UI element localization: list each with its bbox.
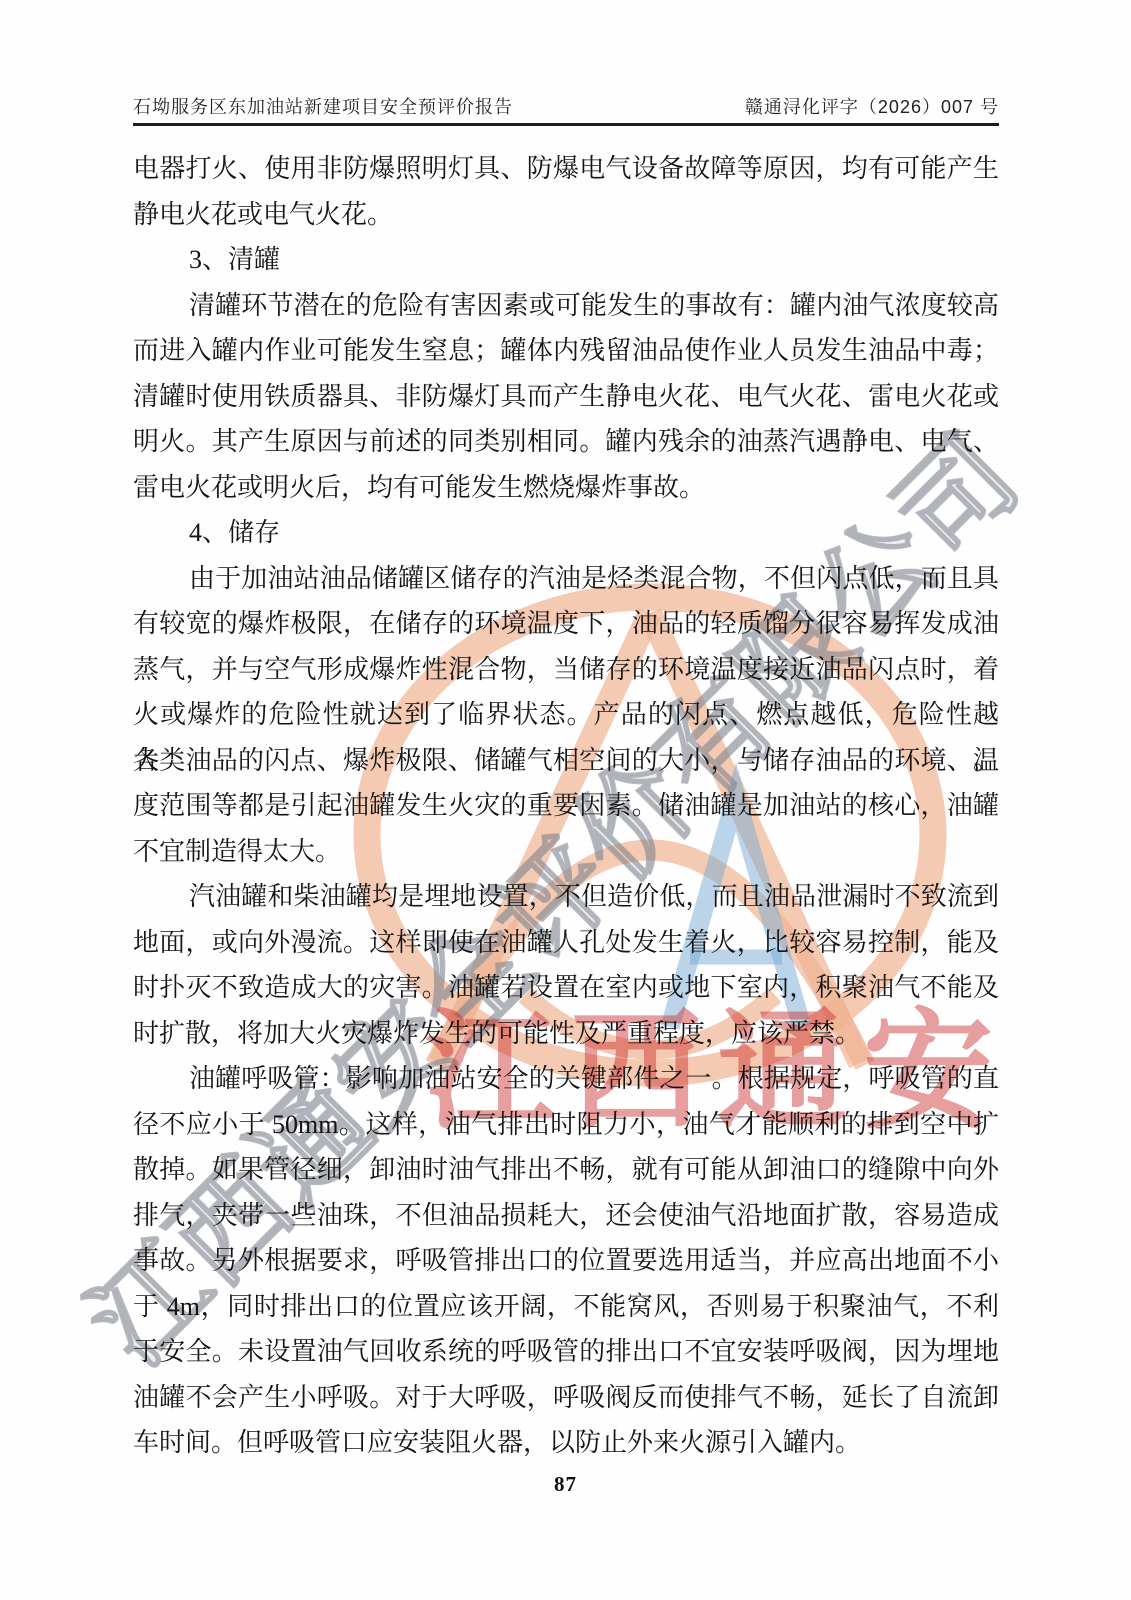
body-line: 时扑灭不致造成大的灾害。油罐若设置在室内或地下室内，积聚油气不能及 — [133, 965, 999, 1011]
body-line: 各类油品的闪点、爆炸极限、储罐气相空间的大小，与储存油品的环境、温 — [133, 738, 999, 784]
body-line: 油罐不会产生小呼吸。对于大呼吸，呼吸阀反而使排气不畅，延长了自流卸 — [133, 1375, 999, 1421]
body-line: 清罐环节潜在的危险有害因素或可能发生的事故有：罐内油气浓度较高 — [133, 283, 999, 329]
page-header: 石坳服务区东加油站新建项目安全预评价报告 赣通浔化评字（2026）007 号 — [133, 92, 999, 126]
body-line: 而进入罐内作业可能发生窒息；罐体内残留油品使作业人员发生油品中毒； — [133, 328, 999, 374]
body-line: 雷电火花或明火后，均有可能发生燃烧爆炸事故。 — [133, 465, 999, 511]
body-line: 度范围等都是引起油罐发生火灾的重要因素。储油罐是加油站的核心，油罐 — [133, 783, 999, 829]
body-line: 时扩散，将加大火灾爆炸发生的可能性及严重程度，应该严禁。 — [133, 1011, 999, 1057]
body-line: 于安全。未设置油气回收系统的呼吸管的排出口不宜安装呼吸阀，因为埋地 — [133, 1329, 999, 1375]
body-line: 火或爆炸的危险性就达到了临界状态。产品的闪点、燃点越低，危险性越大。 — [133, 692, 999, 738]
body-line: 3、清罐 — [133, 237, 999, 283]
body-line: 由于加油站油品储罐区储存的汽油是烃类混合物，不但闪点低，而且具 — [133, 556, 999, 602]
document-page: 江西通安全评价有限公司 江西通安 石坳服务区东加油站新建项目安全预评价报告 赣通… — [0, 0, 1131, 1600]
header-document-number: 赣通浔化评字（2026）007 号 — [745, 93, 999, 119]
body-line: 有较宽的爆炸极限，在储存的环境温度下，油品的轻质馏分很容易挥发成油 — [133, 601, 999, 647]
body-line: 4、储存 — [133, 510, 999, 556]
body-line: 清罐时使用铁质器具、非防爆灯具而产生静电火花、电气火花、雷电火花或 — [133, 374, 999, 420]
body-line: 事故。另外根据要求，呼吸管排出口的位置要选用适当，并应高出地面不小 — [133, 1238, 999, 1284]
body-line: 不宜制造得太大。 — [133, 829, 999, 875]
body-text: 电器打火、使用非防爆照明灯具、防爆电气设备故障等原因，均有可能产生静电火花或电气… — [133, 146, 999, 1466]
body-line: 车时间。但呼吸管口应安装阻火器，以防止外来火源引入罐内。 — [133, 1420, 999, 1466]
body-line: 电器打火、使用非防爆照明灯具、防爆电气设备故障等原因，均有可能产生 — [133, 146, 999, 192]
body-line: 径不应小于 50mm。这样，油气排出时阻力小，油气才能顺利的排到空中扩 — [133, 1102, 999, 1148]
body-line: 油罐呼吸管：影响加油站安全的关键部件之一。根据规定，呼吸管的直 — [133, 1056, 999, 1102]
body-line: 汽油罐和柴油罐均是埋地设置，不但造价低，而且油品泄漏时不致流到 — [133, 874, 999, 920]
body-line: 静电火花或电气火花。 — [133, 192, 999, 238]
body-line: 地面，或向外漫流。这样即使在油罐人孔处发生着火，比较容易控制，能及 — [133, 920, 999, 966]
body-line: 明火。其产生原因与前述的同类别相同。罐内残余的油蒸汽遇静电、电气、 — [133, 419, 999, 465]
header-report-title: 石坳服务区东加油站新建项目安全预评价报告 — [133, 93, 513, 119]
page-number: 87 — [0, 1472, 1131, 1497]
body-line: 排气，夹带一些油珠，不但油品损耗大，还会使油气沿地面扩散，容易造成 — [133, 1193, 999, 1239]
body-line: 蒸气，并与空气形成爆炸性混合物，当储存的环境温度接近油品闪点时，着 — [133, 647, 999, 693]
body-line: 于 4m，同时排出口的位置应该开阔，不能窝风，否则易于积聚油气，不利 — [133, 1284, 999, 1330]
body-line: 散掉。如果管径细，卸油时油气排出不畅，就有可能从卸油口的缝隙中向外 — [133, 1147, 999, 1193]
